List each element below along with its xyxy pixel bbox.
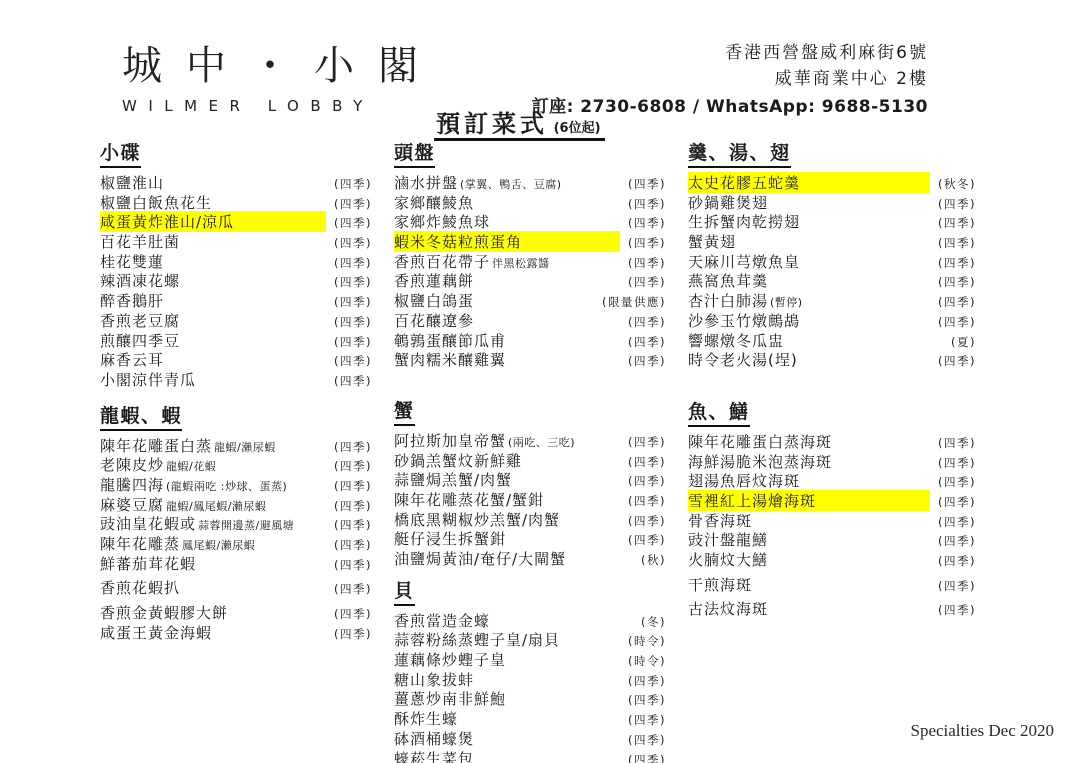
menu-item-name: 龍騰四海(龍蝦兩吃 :炒球、蛋蒸): [100, 474, 287, 495]
menu-item-name: 蟹黃翅: [688, 231, 736, 252]
menu-item: 阿拉斯加皇帝蟹(兩吃、三吃)(四季): [394, 430, 666, 450]
season-tag: (四季): [334, 478, 372, 494]
season-tag: (四季): [628, 434, 666, 450]
menu-item-name: 蝦米冬菇粒煎蛋角: [394, 231, 620, 252]
menu-item-name: 辣酒凍花螺: [100, 270, 180, 291]
page-title-main: 預訂菜式: [436, 110, 548, 138]
menu-item-name: 火腩炆大鱔: [688, 549, 768, 570]
menu-item-name: 薑蔥炒南非鮮鮑: [394, 688, 506, 709]
menu-column-3: 羹、湯、翅太史花膠五蛇羹(秋冬)砂鍋雞煲翅(四季)生拆蟹肉乾撈翅(四季)蟹黃翅(…: [688, 138, 976, 618]
address-line-1: 香港西營盤威利麻街6號: [532, 40, 928, 66]
season-tag: (四季): [334, 626, 372, 642]
menu-item-name: 砂鍋雞煲翅: [688, 192, 768, 213]
menu-item: 糖山象拔蚌(四季): [394, 669, 666, 689]
menu-item: 酥炸生蠔(四季): [394, 708, 666, 728]
menu-item: 鵪鶉蛋釀節瓜甫(四季): [394, 330, 666, 350]
menu-item-name: 天麻川芎燉魚皇: [688, 251, 800, 272]
season-tag: (四季): [334, 255, 372, 271]
menu-item: 麻香云耳(四季): [100, 349, 372, 369]
season-tag: (四季): [938, 215, 976, 231]
menu-item-name: 醉香鵝肝: [100, 290, 164, 311]
menu-item: 老陳皮炒龍蝦/花蝦(四季): [100, 454, 372, 474]
menu-item-name: 香煎金黃蝦膠大餅: [100, 602, 228, 623]
menu-item-name: 陳年花雕蒸花蟹/蟹鉗: [394, 489, 544, 510]
menu-item: 咸蛋黃炸淮山/涼瓜(四季): [100, 211, 372, 231]
section-heading: 頭盤: [394, 138, 435, 168]
menu-item-subtext: (龍蝦兩吃 :炒球、蛋蒸): [166, 480, 287, 493]
menu-item-name: 蓮藕條炒蟶子皇: [394, 649, 506, 670]
season-tag: (四季): [628, 314, 666, 330]
menu-item-name: 香煎百花帶子伴黑松露醬: [394, 251, 550, 272]
menu-item: 薑蔥炒南非鮮鮑(四季): [394, 688, 666, 708]
season-tag: (四季): [938, 353, 976, 369]
season-tag: (四季): [334, 498, 372, 514]
season-tag: (四季): [938, 474, 976, 490]
season-tag: (四季): [938, 294, 976, 310]
season-tag: (四季): [938, 533, 976, 549]
menu-item: 陳年花雕蒸花蟹/蟹鉗(四季): [394, 489, 666, 509]
menu-section: 龍蝦、蝦陳年花雕蛋白蒸龍蝦/瀨尿蝦(四季)老陳皮炒龍蝦/花蝦(四季)龍騰四海(龍…: [100, 401, 372, 642]
menu-item-name: 時令老火湯(埕): [688, 349, 798, 370]
season-tag: (四季): [334, 294, 372, 310]
season-tag: (四季): [628, 353, 666, 369]
menu-item: 家鄉炸鯪魚球(四季): [394, 211, 666, 231]
menu-item: 砵酒桶蠔煲(四季): [394, 728, 666, 748]
menu-item: 陳年花雕蛋白蒸龍蝦/瀨尿蝦(四季): [100, 435, 372, 455]
menu-item: 咸蛋王黃金海蝦(四季): [100, 622, 372, 642]
menu-item-name: 燕窩魚茸羹: [688, 270, 768, 291]
menu-item-name: 滷水拼盤(掌翼、鴨舌、豆腐): [394, 172, 562, 193]
menu-item: 香煎當造金蠔(冬): [394, 610, 666, 630]
menu-item-name: 蒜蓉粉絲蒸蟶子皇/扇貝: [394, 629, 560, 650]
menu-item: 家鄉釀鯪魚(四季): [394, 192, 666, 212]
menu-item-name: 鵪鶉蛋釀節瓜甫: [394, 330, 506, 351]
menu-item-name: 干煎海斑: [688, 574, 752, 595]
menu-item-name: 陳年花雕蛋白蒸海斑: [688, 431, 832, 452]
menu-item-name: 砵酒桶蠔煲: [394, 728, 474, 749]
season-tag: (四季): [628, 255, 666, 271]
season-tag: (四季): [334, 215, 372, 231]
menu-item: 陳年花雕蛋白蒸海斑(四季): [688, 431, 976, 451]
menu-item: 龍騰四海(龍蝦兩吃 :炒球、蛋蒸)(四季): [100, 474, 372, 494]
season-tag: (時令): [628, 633, 666, 649]
menu-item: 響螺燉冬瓜盅(夏): [688, 330, 976, 350]
menu-item-name: 椒鹽淮山: [100, 172, 164, 193]
menu-item: 豉油皇花蝦或蒜蓉開邊蒸/避風塘(四季): [100, 513, 372, 533]
menu-item-name: 雪裡紅上湯燴海斑: [688, 490, 930, 511]
menu-item: 海鮮湯脆米泡蒸海斑(四季): [688, 451, 976, 471]
menu-item: 火腩炆大鱔(四季): [688, 549, 976, 569]
season-tag: (四季): [628, 215, 666, 231]
menu-item: 燕窩魚茸羹(四季): [688, 270, 976, 290]
menu-item-name: 豉油皇花蝦或蒜蓉開邊蒸/避風塘: [100, 513, 294, 534]
menu-item: 麻婆豆腐龍蝦/鳳尾蝦/瀨尿蝦(四季): [100, 494, 372, 514]
season-tag: (四季): [334, 196, 372, 212]
menu-item-name: 響螺燉冬瓜盅: [688, 330, 784, 351]
season-tag: (時令): [628, 653, 666, 669]
menu-item-name: 蠔菘生菜包: [394, 748, 474, 763]
menu-item: 骨香海斑(四季): [688, 510, 976, 530]
season-tag: (四季): [334, 373, 372, 389]
menu-item: 醉香鵝肝(四季): [100, 290, 372, 310]
menu-item-name: 香煎當造金蠔: [394, 610, 490, 631]
menu-item-name: 百花釀遼參: [394, 310, 474, 331]
menu-item: 古法炆海斑(四季): [688, 598, 976, 618]
logo-chinese-name: 城中・小閣: [122, 34, 442, 91]
menu-item: 蟹黃翅(四季): [688, 231, 976, 251]
menu-section: 魚、鱔陳年花雕蛋白蒸海斑(四季)海鮮湯脆米泡蒸海斑(四季)翅湯魚唇炆海斑(四季)…: [688, 397, 976, 618]
section-heading: 魚、鱔: [688, 397, 750, 427]
section-heading: 羹、湯、翅: [688, 138, 791, 168]
season-tag: (四季): [628, 732, 666, 748]
menu-item: 辣酒凍花螺(四季): [100, 270, 372, 290]
menu-item-subtext: 鳳尾蝦/瀨尿蝦: [182, 539, 255, 552]
season-tag: (四季): [938, 602, 976, 618]
menu-item-name: 家鄉炸鯪魚球: [394, 211, 490, 232]
menu-item: 蒜鹽焗羔蟹/肉蟹(四季): [394, 469, 666, 489]
menu-item-name: 香煎老豆腐: [100, 310, 180, 331]
menu-item: 香煎花蝦扒(四季): [100, 577, 372, 597]
season-tag: (四季): [938, 494, 976, 510]
menu-item: 椒鹽白鴿蛋(限量供應): [394, 290, 666, 310]
menu-section: 蟹阿拉斯加皇帝蟹(兩吃、三吃)(四季)砂鍋羔蟹炆新鮮雞(四季)蒜鹽焗羔蟹/肉蟹(…: [394, 396, 666, 568]
menu-item-subtext: 蒜蓉開邊蒸/避風塘: [198, 519, 294, 532]
menu-item-name: 小閣涼伴青瓜: [100, 369, 196, 390]
menu-section: 頭盤滷水拼盤(掌翼、鴨舌、豆腐)(四季)家鄉釀鯪魚(四季)家鄉炸鯪魚球(四季)蝦…: [394, 138, 666, 369]
menu-item-name: 砂鍋羔蟹炆新鮮雞: [394, 450, 522, 471]
menu-item-name: 翅湯魚唇炆海斑: [688, 470, 800, 491]
menu-item-name: 麻香云耳: [100, 349, 164, 370]
menu-section: 貝香煎當造金蠔(冬)蒜蓉粉絲蒸蟶子皇/扇貝(時令)蓮藕條炒蟶子皇(時令)糖山象拔…: [394, 576, 666, 763]
menu-item-subtext: (暫停): [770, 296, 803, 309]
menu-item-name: 油鹽焗黃油/奄仔/大閘蟹: [394, 548, 566, 569]
menu-item: 時令老火湯(埕)(四季): [688, 349, 976, 369]
menu-item-name: 太史花膠五蛇羹: [688, 172, 930, 193]
season-tag: (四季): [938, 235, 976, 251]
menu-item-name: 骨香海斑: [688, 510, 752, 531]
menu-item-name: 咸蛋黃炸淮山/涼瓜: [100, 211, 326, 232]
season-tag: (秋): [641, 552, 666, 568]
season-tag: (四季): [628, 176, 666, 192]
season-tag: (四季): [938, 435, 976, 451]
season-tag: (四季): [628, 454, 666, 470]
menu-item: 沙參玉竹燉鷓鴣(四季): [688, 310, 976, 330]
menu-item-subtext: 龍蝦/鳳尾蝦/瀨尿蝦: [166, 500, 266, 513]
menu-item-name: 海鮮湯脆米泡蒸海斑: [688, 451, 832, 472]
menu-item-subtext: (兩吃、三吃): [508, 436, 575, 449]
menu-item: 生拆蟹肉乾撈翅(四季): [688, 211, 976, 231]
menu-item: 香煎百花帶子伴黑松露醬(四季): [394, 251, 666, 271]
menu-item-subtext: 龍蝦/花蝦: [166, 460, 216, 473]
season-tag: (四季): [628, 513, 666, 529]
season-tag: (四季): [628, 712, 666, 728]
menu-item: 豉汁盤龍鱔(四季): [688, 529, 976, 549]
menu-item: 杏汁白肺湯(暫停)(四季): [688, 290, 976, 310]
menu-item: 蒜蓉粉絲蒸蟶子皇/扇貝(時令): [394, 629, 666, 649]
season-tag: (四季): [628, 473, 666, 489]
menu-item-name: 古法炆海斑: [688, 598, 768, 619]
section-heading: 貝: [394, 576, 415, 606]
season-tag: (四季): [938, 553, 976, 569]
season-tag: (四季): [334, 557, 372, 573]
season-tag: (四季): [334, 439, 372, 455]
menu-item-name: 桂花雙蓮: [100, 251, 164, 272]
season-tag: (四季): [938, 314, 976, 330]
menu-item-name: 鮮蕃茄茸花蝦: [100, 553, 196, 574]
menu-item: 煎釀四季豆(四季): [100, 330, 372, 350]
menu-item-subtext: 伴黑松露醬: [492, 257, 550, 270]
menu-item: 蠔菘生菜包(四季): [394, 748, 666, 763]
menu-item-name: 百花羊肚菌: [100, 231, 180, 252]
menu-item-name: 沙參玉竹燉鷓鴣: [688, 310, 800, 331]
season-tag: (秋冬): [938, 176, 976, 192]
menu-item-name: 香煎花蝦扒: [100, 577, 180, 598]
season-tag: (四季): [628, 196, 666, 212]
season-tag: (四季): [628, 235, 666, 251]
menu-item: 艇仔浸生拆蟹鉗(四季): [394, 528, 666, 548]
season-tag: (四季): [938, 578, 976, 594]
season-tag: (夏): [951, 334, 976, 350]
season-tag: (四季): [628, 673, 666, 689]
menu-item: 椒鹽淮山(四季): [100, 172, 372, 192]
menu-item-name: 糖山象拔蚌: [394, 669, 474, 690]
menu-item-name: 生拆蟹肉乾撈翅: [688, 211, 800, 232]
menu-item-subtext: 龍蝦/瀨尿蝦: [214, 441, 276, 454]
menu-item: 蝦米冬菇粒煎蛋角(四季): [394, 231, 666, 251]
menu-item: 翅湯魚唇炆海斑(四季): [688, 470, 976, 490]
season-tag: (四季): [334, 235, 372, 251]
menu-item: 天麻川芎燉魚皇(四季): [688, 251, 976, 271]
menu-item-name: 香煎蓮藕餅: [394, 270, 474, 291]
menu-item: 干煎海斑(四季): [688, 574, 976, 594]
menu-item: 砂鍋雞煲翅(四季): [688, 192, 976, 212]
menu-page: 城中・小閣 WILMER LOBBY 香港西營盤威利麻街6號 威華商業中心 2樓…: [0, 0, 1080, 763]
menu-item-name: 陳年花雕蒸鳳尾蝦/瀨尿蝦: [100, 533, 255, 554]
section-heading: 蟹: [394, 396, 415, 426]
menu-item: 桂花雙蓮(四季): [100, 251, 372, 271]
season-tag: (四季): [334, 458, 372, 474]
menu-item: 香煎金黃蝦膠大餅(四季): [100, 602, 372, 622]
season-tag: (四季): [334, 176, 372, 192]
menu-item: 百花羊肚菌(四季): [100, 231, 372, 251]
menu-section: 羹、湯、翅太史花膠五蛇羹(秋冬)砂鍋雞煲翅(四季)生拆蟹肉乾撈翅(四季)蟹黃翅(…: [688, 138, 976, 369]
menu-item: 鮮蕃茄茸花蝦(四季): [100, 553, 372, 573]
season-tag: (四季): [628, 752, 666, 763]
page-title-note: (6位起): [554, 121, 601, 136]
menu-item-name: 煎釀四季豆: [100, 330, 180, 351]
season-tag: (四季): [938, 455, 976, 471]
menu-item-name: 咸蛋王黃金海蝦: [100, 622, 212, 643]
menu-item: 砂鍋羔蟹炆新鮮雞(四季): [394, 450, 666, 470]
season-tag: (冬): [641, 614, 666, 630]
menu-item: 陳年花雕蒸鳳尾蝦/瀨尿蝦(四季): [100, 533, 372, 553]
footer-note: Specialties Dec 2020: [910, 721, 1054, 741]
menu-item-name: 阿拉斯加皇帝蟹(兩吃、三吃): [394, 430, 575, 451]
season-tag: (四季): [334, 353, 372, 369]
season-tag: (四季): [628, 532, 666, 548]
season-tag: (四季): [628, 692, 666, 708]
menu-item-name: 椒鹽白飯魚花生: [100, 192, 212, 213]
menu-item-name: 杏汁白肺湯(暫停): [688, 290, 803, 311]
season-tag: (四季): [938, 255, 976, 271]
menu-column-2: 頭盤滷水拼盤(掌翼、鴨舌、豆腐)(四季)家鄉釀鯪魚(四季)家鄉炸鯪魚球(四季)蝦…: [394, 138, 666, 763]
season-tag: (四季): [334, 606, 372, 622]
menu-item: 橋底黑糊椒炒羔蟹/肉蟹(四季): [394, 509, 666, 529]
menu-item: 香煎蓮藕餅(四季): [394, 270, 666, 290]
season-tag: (四季): [938, 196, 976, 212]
menu-item-name: 豉汁盤龍鱔: [688, 529, 768, 550]
season-tag: (四季): [334, 537, 372, 553]
season-tag: (四季): [938, 514, 976, 530]
logo-english-name: WILMER LOBBY: [122, 97, 442, 115]
menu-item: 蓮藕條炒蟶子皇(時令): [394, 649, 666, 669]
page-title-wrap: 預訂菜式 (6位起): [434, 104, 605, 139]
season-tag: (四季): [628, 493, 666, 509]
menu-item: 香煎老豆腐(四季): [100, 310, 372, 330]
season-tag: (四季): [334, 517, 372, 533]
restaurant-logo: 城中・小閣 WILMER LOBBY: [122, 34, 442, 115]
season-tag: (四季): [938, 274, 976, 290]
menu-item-name: 橋底黑糊椒炒羔蟹/肉蟹: [394, 509, 560, 530]
season-tag: (四季): [334, 581, 372, 597]
menu-item: 蟹肉糯米釀雞翼(四季): [394, 349, 666, 369]
menu-item: 椒鹽白飯魚花生(四季): [100, 192, 372, 212]
season-tag: (四季): [628, 274, 666, 290]
section-heading: 龍蝦、蝦: [100, 401, 182, 431]
menu-item-name: 家鄉釀鯪魚: [394, 192, 474, 213]
menu-item-name: 艇仔浸生拆蟹鉗: [394, 528, 506, 549]
menu-item-name: 老陳皮炒龍蝦/花蝦: [100, 454, 216, 475]
menu-item: 滷水拼盤(掌翼、鴨舌、豆腐)(四季): [394, 172, 666, 192]
menu-columns: 小碟椒鹽淮山(四季)椒鹽白飯魚花生(四季)咸蛋黃炸淮山/涼瓜(四季)百花羊肚菌(…: [100, 138, 976, 763]
menu-item: 油鹽焗黃油/奄仔/大閘蟹(秋): [394, 548, 666, 568]
season-tag: (四季): [334, 334, 372, 350]
menu-item-name: 椒鹽白鴿蛋: [394, 290, 474, 311]
menu-section: 小碟椒鹽淮山(四季)椒鹽白飯魚花生(四季)咸蛋黃炸淮山/涼瓜(四季)百花羊肚菌(…: [100, 138, 372, 389]
menu-item-subtext: (掌翼、鴨舌、豆腐): [460, 178, 562, 191]
address-line-2: 威華商業中心 2樓: [532, 66, 928, 92]
menu-item: 百花釀遼參(四季): [394, 310, 666, 330]
menu-item: 小閣涼伴青瓜(四季): [100, 369, 372, 389]
season-tag: (四季): [334, 274, 372, 290]
menu-item-name: 蒜鹽焗羔蟹/肉蟹: [394, 469, 512, 490]
menu-column-1: 小碟椒鹽淮山(四季)椒鹽白飯魚花生(四季)咸蛋黃炸淮山/涼瓜(四季)百花羊肚菌(…: [100, 138, 372, 641]
menu-item-name: 蟹肉糯米釀雞翼: [394, 349, 506, 370]
menu-item-name: 酥炸生蠔: [394, 708, 458, 729]
season-tag: (四季): [628, 334, 666, 350]
menu-item-name: 陳年花雕蛋白蒸龍蝦/瀨尿蝦: [100, 435, 276, 456]
menu-item-name: 麻婆豆腐龍蝦/鳳尾蝦/瀨尿蝦: [100, 494, 266, 515]
season-tag: (四季): [334, 314, 372, 330]
menu-item: 太史花膠五蛇羹(秋冬): [688, 172, 976, 192]
menu-item: 雪裡紅上湯燴海斑(四季): [688, 490, 976, 510]
season-tag: (限量供應): [602, 294, 666, 310]
section-heading: 小碟: [100, 138, 141, 168]
